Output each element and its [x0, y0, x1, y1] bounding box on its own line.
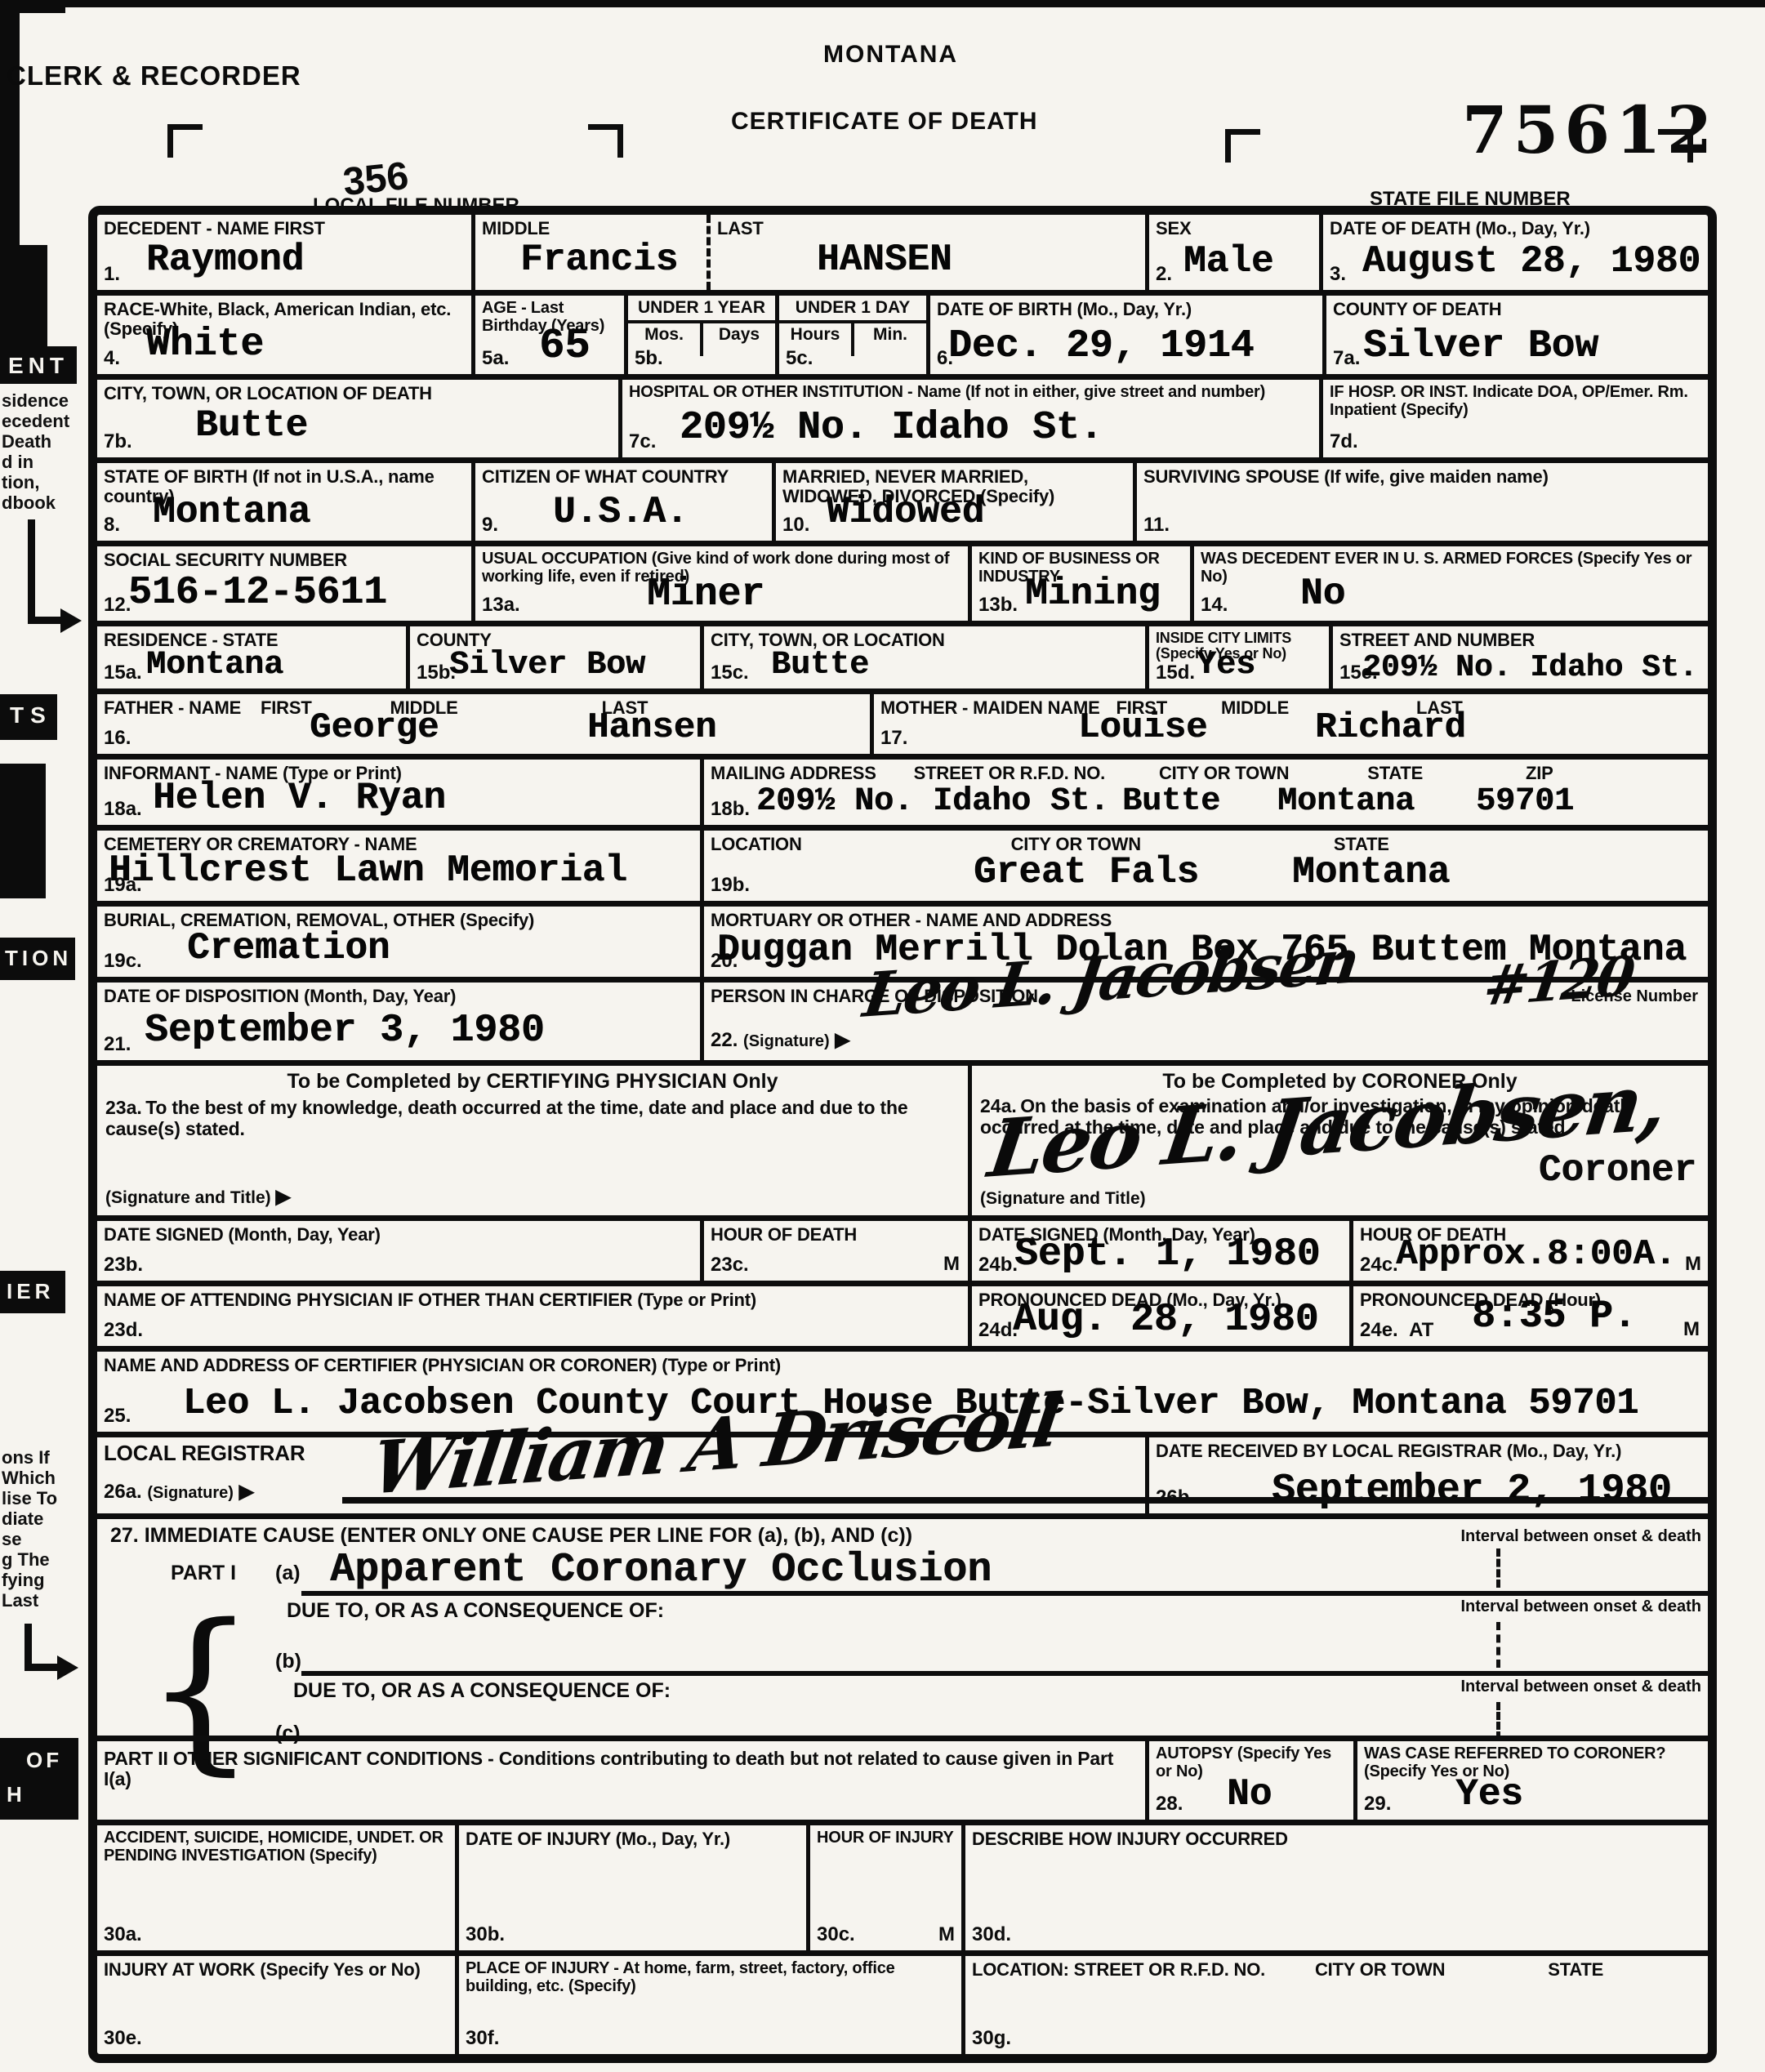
decedent-first-name-label: DECEDENT - NAME FIRST: [104, 219, 465, 238]
elbow-arrow-icon: [60, 608, 82, 633]
margin-note-top: sidenceecedentDeathd intion,dbook: [2, 390, 69, 513]
occupation-value: Miner: [647, 575, 764, 614]
item-number: 8.: [104, 514, 120, 537]
mother-first-value: Louise: [1078, 710, 1207, 746]
burial-type-cell: BURIAL, CREMATION, REMOVAL, OTHER (Speci…: [97, 907, 700, 977]
item-number: 24b.: [978, 1254, 1018, 1277]
sex-cell: SEX 2. Male: [1145, 215, 1319, 290]
mailing-street-label: STREET OR R.F.D. NO.: [914, 763, 1105, 783]
age-value: 65: [539, 325, 590, 368]
race-value: White: [146, 325, 264, 364]
interval-dashed-line: [1496, 1702, 1500, 1740]
location-city-value: Great Fals: [974, 853, 1199, 891]
mother-name-cell: MOTHER - MAIDEN NAME FIRST MIDDLE LAST 1…: [870, 694, 1708, 754]
injury-date-cell: DATE OF INJURY (Mo., Day, Yr.) 30b.: [455, 1825, 806, 1950]
item-number: 26a. (Signature) ▶: [104, 1480, 254, 1504]
margin-tab-ts: TS: [0, 694, 57, 740]
residence-city-value: Butte: [771, 649, 869, 682]
item-number: 23d.: [104, 1319, 143, 1342]
pronounced-dead-hour-value: 8:35 P.: [1472, 1297, 1637, 1336]
margin-tab-of: OF: [26, 1748, 62, 1773]
item-number: 30g.: [972, 2027, 1011, 2050]
city-of-death-label: CITY, TOWN, OR LOCATION OF DEATH: [104, 384, 612, 403]
item-number: 30f.: [466, 2027, 499, 2050]
item-number: 23c.: [711, 1254, 749, 1277]
father-name-cell: FATHER - NAME FIRST MIDDLE LAST 16. Geor…: [97, 694, 870, 754]
armed-forces-value: No: [1300, 575, 1345, 613]
certificate-form: DECEDENT - NAME FIRST 1. Raymond MIDDLE …: [88, 206, 1717, 2063]
armed-forces-label: WAS DECEDENT EVER IN U. S. ARMED FORCES …: [1201, 550, 1701, 586]
accident-suicide-cell: ACCIDENT, SUICIDE, HOMICIDE, UNDET. OR P…: [97, 1825, 455, 1950]
margin-connector: [0, 764, 46, 898]
interval-label: Interval between onset & death: [1460, 1597, 1701, 1616]
pronounced-dead-hour-cell: PRONOUNCED DEAD (Hour) 24e. AT 8:35 P. M: [1349, 1286, 1708, 1346]
father-label: FATHER - NAME: [104, 697, 241, 718]
item-number: 12.: [104, 594, 131, 617]
middle-name-value: Francis: [520, 241, 678, 278]
crop-mark-icon: [588, 124, 623, 158]
residence-state-value: Montana: [146, 649, 283, 682]
disposition-date-value: September 3, 1980: [145, 1011, 545, 1050]
signature-label: (Signature): [147, 1484, 234, 1502]
elbow-arrow-icon: [25, 1664, 59, 1671]
cemetery-value: Hillcrest Lawn Memorial: [109, 852, 627, 889]
clerk-recorder-stamp: CLERK & RECORDER: [7, 60, 301, 91]
cemetery-location-cell: LOCATION CITY OR TOWN STATE 19b. Great F…: [700, 831, 1708, 901]
due-to-label: DUE TO, OR AS A CONSEQUENCE OF:: [293, 1679, 671, 1703]
date-of-death-cell: DATE OF DEATH (Mo., Day, Yr.) 3. August …: [1319, 215, 1708, 290]
certifier-label: NAME AND ADDRESS OF CERTIFIER (PHYSICIAN…: [104, 1356, 1701, 1375]
date-received-label: DATE RECEIVED BY LOCAL REGISTRAR (Mo., D…: [1156, 1441, 1701, 1461]
injury-place-label: PLACE OF INJURY - At home, farm, street,…: [466, 1960, 955, 1995]
residence-city-cell: CITY, TOWN, OR LOCATION 15c. Butte: [700, 626, 1145, 688]
mailing-city-value: Butte: [1122, 786, 1220, 818]
mailing-zip-value: 59701: [1476, 786, 1574, 818]
physician-statement-cell: To be Completed by CERTIFYING PHYSICIAN …: [97, 1066, 968, 1215]
decedent-first-name-cell: DECEDENT - NAME FIRST 1. Raymond: [97, 215, 471, 290]
physician-statement: To the best of my knowledge, death occur…: [105, 1097, 907, 1139]
sex-label: SEX: [1156, 219, 1313, 238]
other-conditions-cell: PART II OTHER SIGNIFICANT CONDITIONS - C…: [97, 1741, 1145, 1820]
physician-section-header: To be Completed by CERTIFYING PHYSICIAN …: [104, 1070, 961, 1094]
signature-title-label: (Signature and Title): [980, 1189, 1146, 1209]
signature-label: (Signature): [743, 1032, 830, 1050]
pronounced-dead-date-cell: PRONOUNCED DEAD (Mo., Day, Yr.) 24d. Aug…: [968, 1286, 1349, 1346]
pointer-icon: ▶: [835, 1029, 849, 1051]
hospital-status-cell: IF HOSP. OR INST. Indicate DOA, OP/Emer.…: [1319, 380, 1708, 457]
coroner-hour-of-death-cell: HOUR OF DEATH 24c. Approx.8:00A. M: [1349, 1221, 1708, 1281]
physician-hour-of-death-label: HOUR OF DEATH: [711, 1225, 961, 1245]
mailing-zip-label: ZIP: [1526, 763, 1553, 783]
signature-title-label: (Signature and Title) ▶: [105, 1185, 291, 1209]
injury-hour-cell: HOUR OF INJURY 30c. M: [806, 1825, 961, 1950]
margin-note-bottom: ons IfWhichlise Todiateseg ThefyingLast: [2, 1447, 57, 1611]
location-state-value: Montana: [1292, 853, 1450, 891]
coroner-date-signed-cell: DATE SIGNED (Month, Day, Year) 24b. Sept…: [968, 1221, 1349, 1281]
father-last-value: Hansen: [587, 710, 716, 746]
date-received-value: September 2, 1980: [1272, 1471, 1672, 1510]
injury-how-cell: DESCRIBE HOW INJURY OCCURRED 30d.: [961, 1825, 1708, 1950]
residence-county-cell: COUNTY 15b. Silver Bow: [406, 626, 700, 688]
informant-cell: INFORMANT - NAME (Type or Print) 18a. He…: [97, 760, 700, 825]
state-name: MONTANA: [823, 41, 958, 69]
under-one-year-cell: UNDER 1 YEAR Mos. Days 5b.: [624, 296, 775, 374]
item-number: 4.: [104, 347, 120, 370]
item-number: 30e.: [104, 2027, 142, 2050]
part1-label: PART I: [171, 1562, 236, 1585]
line-b-label: (b): [275, 1650, 301, 1673]
physician-hour-of-death-cell: HOUR OF DEATH 23c. M: [700, 1221, 968, 1281]
item-number: 15c.: [711, 662, 749, 684]
death-certificate-scan: CLERK & RECORDER MONTANA CERTIFICATE OF …: [0, 0, 1765, 2072]
item-number: 11.: [1143, 514, 1170, 537]
county-of-death-label: COUNTY OF DEATH: [1333, 300, 1701, 319]
interval-label: Interval between onset & death: [1460, 1678, 1701, 1696]
mother-name-label: MOTHER - MAIDEN NAME FIRST MIDDLE LAST: [880, 698, 1701, 718]
location-label: LOCATION: [711, 834, 802, 854]
surviving-spouse-label: SURVIVING SPOUSE (If wife, give maiden n…: [1143, 467, 1701, 487]
city-of-death-value: Butte: [195, 407, 308, 444]
mailing-state-value: Montana: [1277, 786, 1415, 818]
injury-location-city-label: CITY OR TOWN: [1315, 1959, 1445, 1980]
item-number: 13b.: [978, 594, 1018, 617]
date-of-death-value: August 28, 1980: [1362, 243, 1700, 280]
attending-physician-cell: NAME OF ATTENDING PHYSICIAN IF OTHER THA…: [97, 1286, 968, 1346]
autopsy-value: No: [1227, 1776, 1272, 1813]
item-number: 3.: [1330, 263, 1346, 286]
due-to-label: DUE TO, OR AS A CONSEQUENCE OF:: [287, 1599, 664, 1623]
certificate-title: CERTIFICATE OF DEATH: [731, 108, 1038, 136]
mailing-street-value: 209½ No. Idaho St.: [756, 786, 1109, 818]
crop-mark-icon: [1225, 129, 1260, 163]
margin-tab-tion: TION: [0, 938, 75, 980]
sex-value: Male: [1183, 243, 1273, 280]
physician-date-signed-cell: DATE SIGNED (Month, Day, Year) 23b.: [97, 1221, 700, 1281]
item-number: 30c.: [817, 1923, 855, 1946]
mailing-address-cell: MAILING ADDRESS STREET OR R.F.D. NO. CIT…: [700, 760, 1708, 825]
margin-tab-of-death: OF H: [0, 1738, 78, 1820]
line-a-label: (a): [275, 1562, 301, 1585]
ssn-value: 516-12-5611: [128, 573, 387, 613]
days-label: Days: [700, 323, 775, 356]
cemetery-cell: CEMETERY OR CREMATORY - NAME 19a. Hillcr…: [97, 831, 700, 901]
item-number: 7b.: [104, 430, 132, 453]
item-number: 21.: [104, 1033, 131, 1056]
item-number: 23a.: [105, 1097, 142, 1118]
item-number: 2.: [1156, 263, 1172, 286]
item-number: 24e. AT: [1360, 1319, 1433, 1342]
coroner-date-signed-value: Sept. 1, 1980: [1014, 1235, 1320, 1274]
inside-city-limits-value: Yes: [1197, 649, 1255, 682]
citizen-label: CITIZEN OF WHAT COUNTRY: [482, 467, 765, 487]
item-number: 9.: [482, 514, 498, 537]
crop-mark-icon: [167, 124, 203, 158]
injury-place-cell: PLACE OF INJURY - At home, farm, street,…: [455, 1956, 961, 2054]
pointer-icon: ▶: [239, 1481, 254, 1503]
item-number: 14.: [1201, 594, 1228, 617]
item-number: 7d.: [1330, 430, 1358, 453]
injury-location-label: LOCATION: STREET OR R.F.D. NO. CITY OR T…: [972, 1960, 1701, 1980]
father-first-value: George: [310, 710, 439, 746]
item-number: 5c.: [786, 347, 813, 370]
scan-edge-top: [0, 0, 1765, 7]
pointer-icon: ▶: [275, 1186, 290, 1208]
item-number: 30a.: [104, 1923, 142, 1946]
immediate-cause-value: Apparent Coronary Occlusion: [330, 1547, 992, 1593]
injury-location-cell: LOCATION: STREET OR R.F.D. NO. CITY OR T…: [961, 1956, 1708, 2054]
item-number: 29.: [1364, 1793, 1391, 1816]
elbow-arrow-icon: [28, 617, 62, 624]
item-number: 7a.: [1333, 347, 1360, 370]
item-number: 18b.: [711, 798, 750, 821]
marital-status-value: Widowed: [827, 493, 984, 531]
item-number: 16.: [104, 727, 131, 750]
item-number: 25.: [104, 1405, 131, 1428]
injury-at-work-label: INJURY AT WORK (Specify Yes or No): [104, 1960, 448, 1980]
rule-line: [301, 1671, 1708, 1676]
hospital-status-label: IF HOSP. OR INST. Indicate DOA, OP/Emer.…: [1330, 384, 1701, 419]
residence-county-value: Silver Bow: [449, 649, 645, 682]
margin-tab-ier: IER: [0, 1271, 65, 1313]
pronounced-dead-date-value: Aug. 28, 1980: [1013, 1300, 1318, 1339]
cemetery-location-label: LOCATION CITY OR TOWN STATE: [711, 835, 1701, 854]
burial-type-value: Cremation: [187, 929, 390, 967]
item-number: 28.: [1156, 1793, 1183, 1816]
inside-city-limits-cell: INSIDE CITY LIMITS (Specify Yes or No) 1…: [1145, 626, 1329, 688]
citizen-cell: CITIZEN OF WHAT COUNTRY 9. U.S.A.: [471, 463, 772, 541]
state-of-birth-value: Montana: [153, 493, 310, 531]
informant-value: Helen V. Ryan: [153, 779, 446, 817]
race-cell: RACE-White, Black, American Indian, etc.…: [97, 296, 471, 374]
elbow-arrow-icon: [57, 1655, 78, 1680]
margin-tab-ent: ENT: [0, 346, 77, 384]
marital-status-cell: MARRIED, NEVER MARRIED, WIDOWED, DIVORCE…: [772, 463, 1133, 541]
occupation-cell: USUAL OCCUPATION (Give kind of work done…: [471, 546, 968, 621]
item-number: 15a.: [104, 662, 142, 684]
item-number: 19c.: [104, 950, 142, 973]
meridiem-label: M: [1683, 1318, 1700, 1341]
item-number: 5b.: [635, 347, 663, 370]
item-number: 7c.: [629, 430, 656, 453]
at-label: AT: [1409, 1319, 1433, 1341]
city-of-death-cell: CITY, TOWN, OR LOCATION OF DEATH 7b. But…: [97, 380, 618, 457]
referred-to-coroner-cell: WAS CASE REFERRED TO CORONER? (Specify Y…: [1353, 1741, 1708, 1820]
state-of-birth-cell: STATE OF BIRTH (If not in U.S.A., name c…: [97, 463, 471, 541]
item-number: 10.: [782, 514, 809, 537]
father-name-label: FATHER - NAME FIRST MIDDLE LAST: [104, 698, 863, 718]
disposition-license-number: #120: [1480, 943, 1637, 1018]
ssn-cell: SOCIAL SECURITY NUMBER 12. 516-12-5611: [97, 546, 471, 621]
item-number: 24d.: [978, 1319, 1018, 1342]
under-one-day-label: UNDER 1 DAY: [779, 296, 926, 323]
crop-mark-icon: [1658, 129, 1693, 163]
hospital-value: 209½ No. Idaho St.: [680, 408, 1103, 448]
meridiem-label: M: [943, 1253, 960, 1276]
item-number: 30d.: [972, 1923, 1011, 1946]
surviving-spouse-cell: SURVIVING SPOUSE (If wife, give maiden n…: [1133, 463, 1708, 541]
citizen-value: U.S.A.: [553, 493, 689, 531]
industry-value: Mining: [1025, 575, 1161, 613]
scan-edge-left2: [0, 245, 47, 351]
meridiem-label: M: [938, 1923, 955, 1946]
item-number: 24c.: [1360, 1254, 1398, 1277]
middle-name-cell: MIDDLE Francis: [471, 215, 706, 290]
referred-to-coroner-label: WAS CASE REFERRED TO CORONER? (Specify Y…: [1364, 1745, 1701, 1780]
residence-street-cell: STREET AND NUMBER 15e. 209½ No. Idaho St…: [1329, 626, 1708, 688]
item-number: 17.: [880, 727, 907, 750]
item-number: 22. (Signature) ▶: [711, 1028, 850, 1052]
disposition-person-cell: PERSON IN CHARGE OF DISPOSITION License …: [700, 983, 1708, 1060]
decedent-first-name-value: Raymond: [146, 241, 304, 278]
injury-date-label: DATE OF INJURY (Mo., Day, Yr.): [466, 1829, 800, 1849]
item-number: 5a.: [482, 347, 509, 370]
age-cell: AGE - Last Birthday (Years) 5a. 65: [471, 296, 624, 374]
ssn-label: SOCIAL SECURITY NUMBER: [104, 550, 465, 570]
industry-cell: KIND OF BUSINESS OR INDUSTRY 13b. Mining: [968, 546, 1190, 621]
referred-to-coroner-value: Yes: [1455, 1776, 1523, 1813]
date-of-birth-value: Dec. 29, 1914: [948, 327, 1254, 366]
immediate-cause-header: 27. IMMEDIATE CAUSE (ENTER ONLY ONE CAUS…: [110, 1524, 912, 1548]
other-conditions-label: PART II OTHER SIGNIFICANT CONDITIONS - C…: [104, 1745, 1139, 1789]
injury-how-label: DESCRIBE HOW INJURY OCCURRED: [972, 1829, 1701, 1849]
item-number: 15d.: [1156, 662, 1195, 684]
mailing-city-label: CITY OR TOWN: [1159, 763, 1289, 783]
last-name-value: HANSEN: [817, 241, 952, 278]
attending-physician-label: NAME OF ATTENDING PHYSICIAN IF OTHER THA…: [104, 1290, 961, 1310]
elbow-arrow-icon: [28, 519, 35, 624]
item-number: 30b.: [466, 1923, 505, 1946]
last-name-cell: LAST HANSEN: [706, 215, 1145, 290]
item-number: 19b.: [711, 874, 750, 897]
injury-location-state-label: STATE: [1548, 1959, 1603, 1980]
interval-label: Interval between onset & death: [1460, 1527, 1701, 1546]
interval-dashed-line: [1496, 1548, 1500, 1588]
county-of-death-cell: COUNTY OF DEATH 7a. Silver Bow: [1322, 296, 1708, 374]
mother-middle-label: MIDDLE: [1221, 697, 1289, 718]
residence-street-label: STREET AND NUMBER: [1339, 631, 1701, 650]
physician-date-signed-label: DATE SIGNED (Month, Day, Year): [104, 1225, 693, 1245]
meridiem-label: M: [1685, 1253, 1701, 1276]
margin-tab-h: H: [7, 1782, 25, 1807]
mortuary-label: MORTUARY OR OTHER - NAME AND ADDRESS: [711, 911, 1701, 930]
date-of-death-label: DATE OF DEATH (Mo., Day, Yr.): [1330, 219, 1701, 238]
item-number: 18a.: [104, 798, 142, 821]
item-number: 23b.: [104, 1254, 143, 1277]
county-of-death-value: Silver Bow: [1363, 327, 1598, 366]
date-of-birth-cell: DATE OF BIRTH (Mo., Day, Yr.) 6. Dec. 29…: [926, 296, 1322, 374]
under-one-day-cell: UNDER 1 DAY Hours Min. 5c.: [775, 296, 926, 374]
rule-line: [301, 1591, 1708, 1596]
item-number: 13a.: [482, 594, 520, 617]
hospital-cell: HOSPITAL OR OTHER INSTITUTION - Name (If…: [618, 380, 1319, 457]
mailing-label: MAILING ADDRESS: [711, 763, 876, 783]
injury-location-street-label: LOCATION: STREET OR R.F.D. NO.: [972, 1959, 1265, 1980]
coroner-statement-cell: To be Completed by CORONER Only 24a. On …: [968, 1066, 1708, 1215]
coroner-signature-title: Coroner: [1539, 1149, 1696, 1192]
father-first-label: FIRST: [261, 697, 312, 718]
disposition-date-label: DATE OF DISPOSITION (Month, Day, Year): [104, 987, 693, 1006]
mailing-address-label: MAILING ADDRESS STREET OR R.F.D. NO. CIT…: [711, 764, 1701, 783]
hospital-label: HOSPITAL OR OTHER INSTITUTION - Name (If…: [629, 384, 1313, 402]
mother-label: MOTHER - MAIDEN NAME: [880, 697, 1100, 718]
interval-dashed-line: [1496, 1622, 1500, 1668]
coroner-hour-of-death-value: Approx.8:00A.: [1396, 1237, 1676, 1272]
accident-suicide-label: ACCIDENT, SUICIDE, HOMICIDE, UNDET. OR P…: [104, 1829, 448, 1865]
mother-last-value: Richard: [1315, 710, 1466, 746]
autopsy-cell: AUTOPSY (Specify Yes or No) 28. No: [1145, 1741, 1353, 1820]
stray-scan-line: [342, 1497, 1708, 1504]
armed-forces-cell: WAS DECEDENT EVER IN U. S. ARMED FORCES …: [1190, 546, 1708, 621]
injury-at-work-cell: INJURY AT WORK (Specify Yes or No) 30e.: [97, 1956, 455, 2054]
last-name-label: LAST: [717, 219, 1139, 238]
residence-street-value: 209½ No. Idaho St.: [1362, 653, 1697, 684]
date-of-birth-label: DATE OF BIRTH (Mo., Day, Yr.): [937, 300, 1316, 319]
residence-state-cell: RESIDENCE - STATE 15a. Montana: [97, 626, 406, 688]
mailing-state-label: STATE: [1367, 763, 1423, 783]
item-number: 1.: [104, 263, 120, 286]
minutes-label: Min.: [851, 323, 926, 356]
under-one-year-label: UNDER 1 YEAR: [628, 296, 775, 323]
middle-name-label: MIDDLE: [482, 219, 700, 238]
cause-of-death-section: 27. IMMEDIATE CAUSE (ENTER ONLY ONE CAUS…: [97, 1519, 1708, 1736]
disposition-date-cell: DATE OF DISPOSITION (Month, Day, Year) 2…: [97, 983, 700, 1060]
injury-hour-label: HOUR OF INJURY: [817, 1829, 955, 1847]
